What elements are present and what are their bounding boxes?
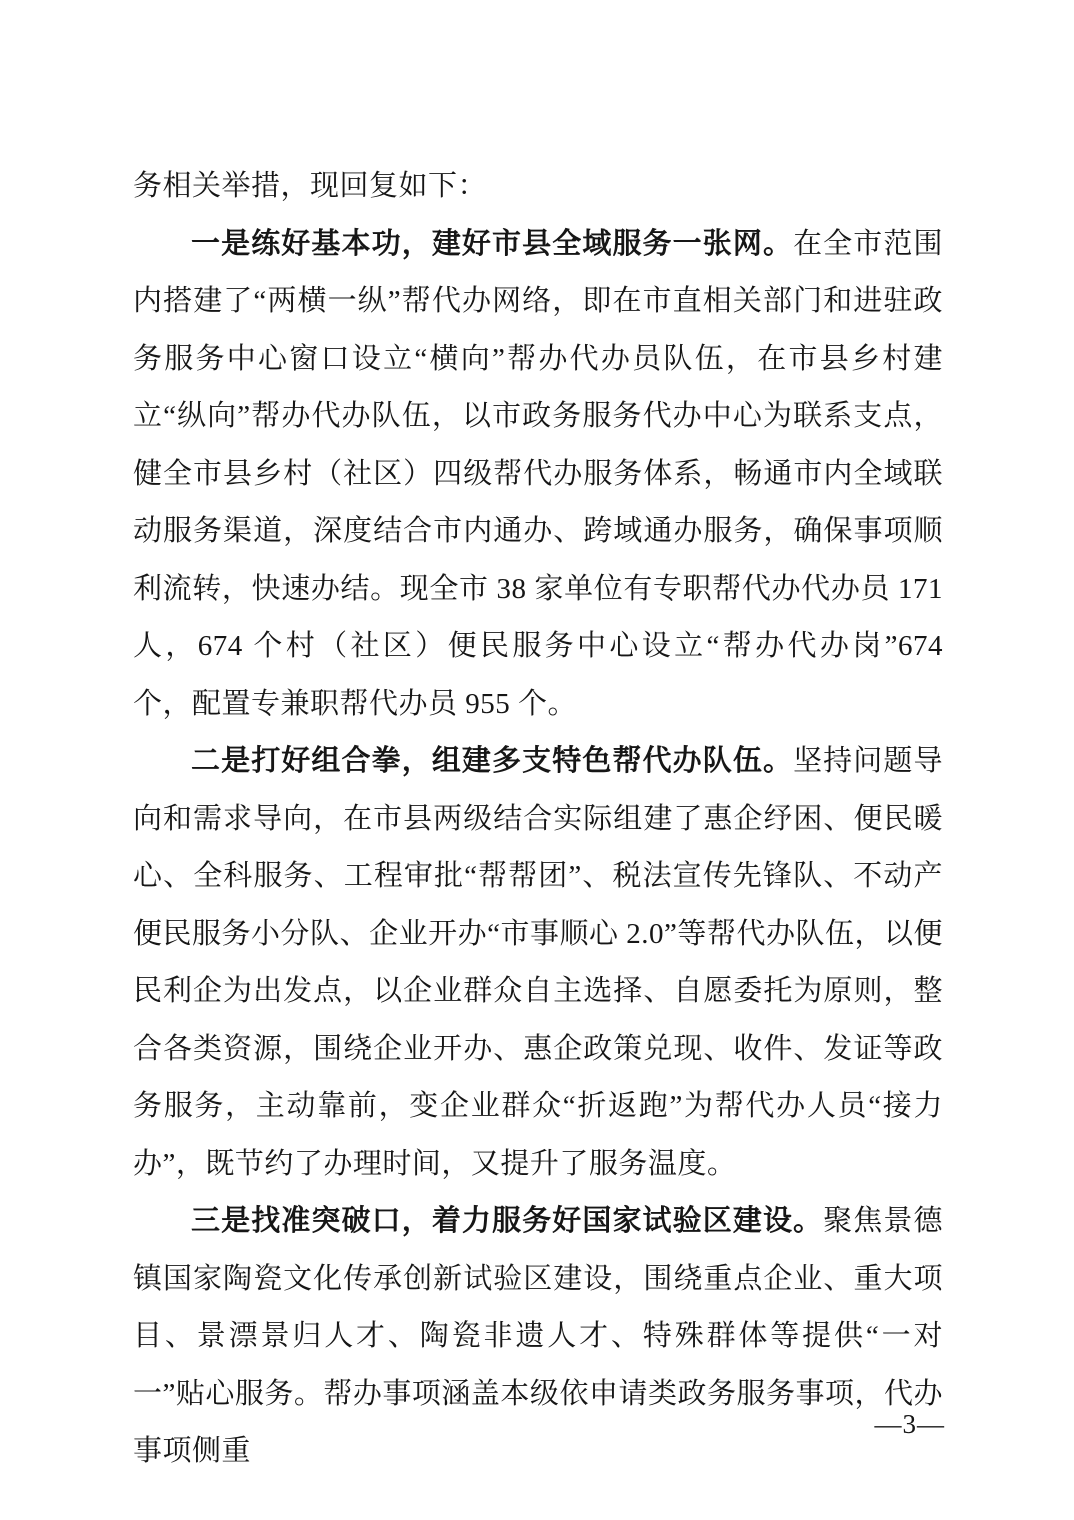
document-page: 务相关举措，现回复如下： 一是练好基本功，建好市县全域服务一张网。在全市范围内搭… xyxy=(0,0,1074,1520)
paragraph-point-1: 一是练好基本功，建好市县全域服务一张网。在全市范围内搭建了“两横一纵”帮代办网络… xyxy=(133,216,943,734)
paragraph-point-2: 二是打好组合拳，组建多支特色帮代办队伍。坚持问题导向和需求导向，在市县两级结合实… xyxy=(133,733,943,1193)
paragraph-point-3: 三是找准突破口，着力服务好国家试验区建设。聚焦景德镇国家陶瓷文化传承创新试验区建… xyxy=(133,1193,943,1481)
page-number: —3— xyxy=(875,1404,946,1444)
paragraph-lead-bold: 一是练好基本功，建好市县全域服务一张网。 xyxy=(191,228,793,260)
paragraph-continuation: 务相关举措，现回复如下： xyxy=(133,158,943,216)
paragraph-lead-bold: 二是打好组合拳，组建多支特色帮代办队伍。 xyxy=(191,745,793,777)
paragraph-text: 在全市范围内搭建了“两横一纵”帮代办网络，即在市直相关部门和进驻政务服务中心窗口… xyxy=(133,228,943,720)
paragraph-lead-bold: 三是找准突破口，着力服务好国家试验区建设。 xyxy=(191,1205,823,1237)
paragraph-text: 坚持问题导向和需求导向，在市县两级结合实际组建了惠企纾困、便民暖心、全科服务、工… xyxy=(133,745,943,1180)
document-body: 务相关举措，现回复如下： 一是练好基本功，建好市县全域服务一张网。在全市范围内搭… xyxy=(133,158,943,1481)
paragraph-text: 聚焦景德镇国家陶瓷文化传承创新试验区建设，围绕重点企业、重大项目、景漂景归人才、… xyxy=(133,1205,943,1467)
paragraph-text: 务相关举措，现回复如下： xyxy=(133,170,487,202)
